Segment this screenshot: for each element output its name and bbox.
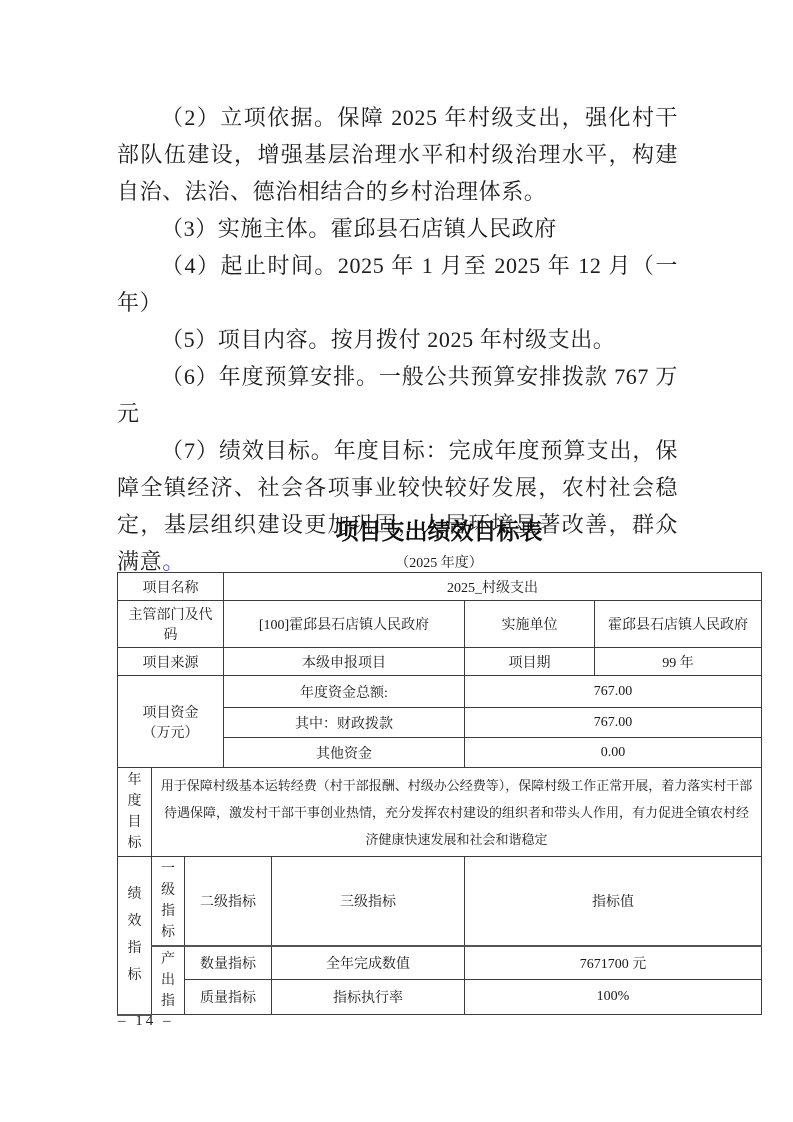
page-number: – 14 – [118, 1013, 174, 1030]
paragraph-item-5: （5）项目内容。按月拨付 2025 年村级支出。 [117, 321, 678, 358]
table-row: 年度目标 用于保障村级基本运转经费（村干部报酬、村级办公经费等），保障村级工作正… [118, 768, 762, 857]
table-row: 主管部门及代码 [100]霍邱县石店镇人民政府 实施单位 霍邱县石店镇人民政府 [118, 601, 762, 648]
funds-fiscal-label: 其中：财政拨款 [224, 708, 465, 738]
project-source-label: 项目来源 [118, 648, 224, 676]
performance-indicator-label: 绩效指标 [118, 857, 152, 1015]
table-row: 产出指 数量指标 全年完成数值 7671700 元 [118, 946, 762, 980]
performance-target-table: 项目名称 2025_村级支出 主管部门及代码 [100]霍邱县石店镇人民政府 实… [117, 572, 762, 1016]
table-title: 项目支出绩效目标表 [117, 513, 761, 546]
project-name-label: 项目名称 [118, 573, 224, 601]
level3-indicator-header: 三级指标 [272, 857, 465, 947]
quality-indicator-name: 指标执行率 [272, 980, 465, 1015]
project-name-value: 2025_村级支出 [224, 573, 762, 601]
funds-other-label: 其他资金 [224, 738, 465, 768]
output-indicator-group-text: 产出指 [160, 949, 176, 1012]
level2-indicator-header: 二级指标 [185, 857, 272, 947]
quality-indicator-value: 100% [465, 980, 762, 1015]
quantity-indicator-name: 全年完成数值 [272, 946, 465, 980]
project-period-label: 项目期 [465, 648, 595, 676]
paragraph-text: （6）年度预算安排。一般公共预算安排拨款 767 万元 [117, 364, 678, 426]
project-funds-label: 项目资金 （万元） [118, 676, 224, 768]
level1-indicator-header: 一级指标 [152, 857, 185, 947]
table-row: 质量指标 指标执行率 100% [118, 980, 762, 1015]
table-row: 绩效指标 一级指标 二级指标 三级指标 指标值 [118, 857, 762, 947]
funds-fiscal-value: 767.00 [465, 708, 762, 738]
project-source-value: 本级申报项目 [224, 648, 465, 676]
table-row: 项目名称 2025_村级支出 [118, 573, 762, 601]
level1-indicator-header-text: 一级指标 [160, 859, 176, 943]
paragraph-item-4: （4）起止时间。2025 年 1 月至 2025 年 12 月（一年） [117, 247, 678, 321]
annual-goal-text: 用于保障村级基本运转经费（村干部报酬、村级办公经费等），保障村级工作正常开展，着… [152, 768, 762, 857]
output-indicator-group-label: 产出指 [152, 946, 185, 1015]
annual-goal-label-text: 年度目标 [127, 770, 143, 854]
paragraph-text: （5）项目内容。按月拨付 2025 年村级支出。 [161, 327, 615, 352]
project-period-value: 99 年 [595, 648, 762, 676]
indicator-value-header: 指标值 [465, 857, 762, 947]
impl-unit-label: 实施单位 [465, 601, 595, 648]
paragraph-item-3: （3）实施主体。霍邱县石店镇人民政府 [117, 210, 678, 247]
paragraph-text: （4）起止时间。2025 年 1 月至 2025 年 12 月（一年） [117, 253, 678, 315]
department-label: 主管部门及代码 [118, 601, 224, 648]
table-subtitle: （2025 年度） [117, 552, 761, 572]
impl-unit-value: 霍邱县石店镇人民政府 [595, 601, 762, 648]
quantity-indicator-label: 数量指标 [185, 946, 272, 980]
annual-goal-label: 年度目标 [118, 768, 152, 857]
paragraph-item-2: （2）立项依据。保障 2025 年村级支出，强化村干部队伍建设，增强基层治理水平… [117, 99, 678, 210]
quantity-indicator-value: 7671700 元 [465, 946, 762, 980]
funds-total-value: 767.00 [465, 676, 762, 708]
paragraph-item-6: （6）年度预算安排。一般公共预算安排拨款 767 万元 [117, 358, 678, 432]
paragraph-text: （3）实施主体。霍邱县石店镇人民政府 [161, 216, 557, 241]
document-page: （2）立项依据。保障 2025 年村级支出，强化村干部队伍建设，增强基层治理水平… [0, 0, 793, 1122]
paragraph-text: （2）立项依据。保障 2025 年村级支出，强化村干部队伍建设，增强基层治理水平… [117, 105, 678, 204]
table-row: 项目来源 本级申报项目 项目期 99 年 [118, 648, 762, 676]
body-paragraphs: （2）立项依据。保障 2025 年村级支出，强化村干部队伍建设，增强基层治理水平… [117, 99, 678, 580]
department-value: [100]霍邱县石店镇人民政府 [224, 601, 465, 648]
quality-indicator-label: 质量指标 [185, 980, 272, 1015]
performance-indicator-label-text: 绩效指标 [127, 881, 143, 989]
funds-other-value: 0.00 [465, 738, 762, 768]
funds-total-label: 年度资金总额: [224, 676, 465, 708]
table-row: 项目资金 （万元） 年度资金总额: 767.00 [118, 676, 762, 708]
